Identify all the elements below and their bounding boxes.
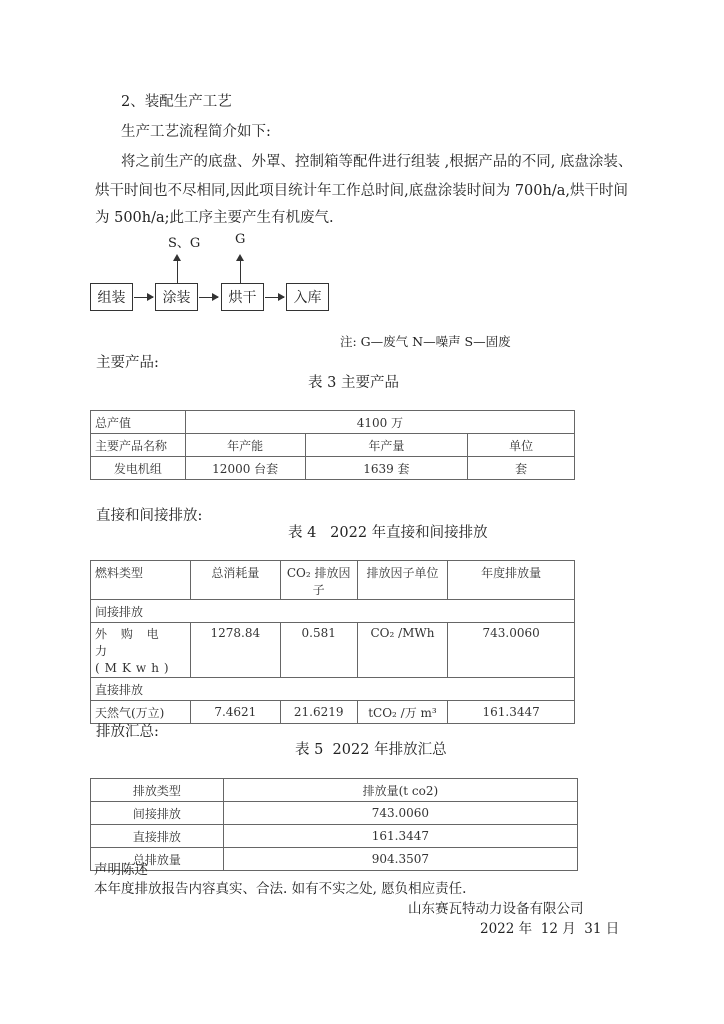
cell-emission-type: 直接排放 [91, 825, 224, 848]
cell-factor: 21.6219 [280, 701, 357, 724]
header-emission-amount: 排放量(t co2) [223, 779, 577, 802]
cell-emission-amount: 161.3447 [223, 825, 577, 848]
table-row: 直接排放 [91, 678, 575, 701]
products-table: 总产值 4100 万 主要产品名称 年产能 年产量 单位 发电机组 12000 … [90, 410, 575, 480]
header-fuel-type: 燃料类型 [91, 561, 191, 600]
cell-product-name: 发电机组 [91, 457, 186, 480]
table-header-row: 燃料类型 总消耗量 CO₂ 排放因子 排放因子单位 年度排放量 [91, 561, 575, 600]
table-row: 总产值 4100 万 [91, 411, 575, 434]
header-product-name: 主要产品名称 [91, 434, 186, 457]
table-row: 发电机组 12000 台套 1639 套 套 [91, 457, 575, 480]
flow-step-coating: 涂装 [155, 283, 198, 311]
header-unit: 单位 [468, 434, 575, 457]
flow-step-storage: 入库 [286, 283, 329, 311]
drying-output-label: G [235, 232, 245, 247]
total-output-value: 4100 万 [185, 411, 574, 434]
table-row: 间接排放 [91, 600, 575, 623]
emissions-table-caption: 表 4 2022 年直接和间接排放 [288, 523, 488, 543]
section-heading: 2、装配生产工艺 [121, 92, 232, 112]
flow-note: 注: G—废气 N—噪声 S—固废 [340, 332, 511, 350]
table-header-row: 排放类型 排放量(t co2) [91, 779, 578, 802]
direct-emissions-section: 直接排放 [91, 678, 575, 701]
cell-emission-type: 间接排放 [91, 802, 224, 825]
summary-table-caption: 表 5 2022 年排放汇总 [295, 740, 447, 760]
header-co2-factor: CO₂ 排放因子 [280, 561, 357, 600]
table-row: 天然气(万立) 7.4621 21.6219 tCO₂ /万 m³ 161.34… [91, 701, 575, 724]
cell-emission-amount: 743.0060 [223, 802, 577, 825]
header-total-consumption: 总消耗量 [190, 561, 280, 600]
cell-consumption: 1278.84 [190, 623, 280, 678]
process-paragraph-line2: 烘干时间也不尽相同,因此项目统计年工作总时间,底盘涂装时间为 700h/a,烘干… [95, 181, 628, 201]
summary-table: 排放类型 排放量(t co2) 间接排放 743.0060 直接排放 161.3… [90, 778, 578, 871]
coating-output-label: S、G [168, 232, 200, 251]
summary-label: 排放汇总: [96, 722, 159, 742]
emissions-table: 燃料类型 总消耗量 CO₂ 排放因子 排放因子单位 年度排放量 间接排放 外 购… [90, 560, 575, 724]
flow-step-assembly: 组装 [90, 283, 133, 311]
declaration-text: 本年度排放报告内容真实、合法. 如有不实之处, 愿负相应责任. [94, 877, 466, 897]
company-name: 山东赛瓦特动力设备有限公司 [408, 897, 584, 917]
flow-arrow-2 [199, 297, 218, 298]
cell-consumption: 7.4621 [190, 701, 280, 724]
coating-output-arrow [177, 256, 178, 283]
table-header-row: 主要产品名称 年产能 年产量 单位 [91, 434, 575, 457]
table-row: 总排放量 904.3507 [91, 848, 578, 871]
declaration-title: 声明陈述 [94, 858, 148, 878]
cell-fuel-type: 天然气(万立) [91, 701, 191, 724]
flow-arrow-1 [134, 297, 153, 298]
indirect-emissions-section: 间接排放 [91, 600, 575, 623]
cell-unit: 套 [468, 457, 575, 480]
cell-annual-output: 1639 套 [305, 457, 468, 480]
cell-factor: 0.581 [280, 623, 357, 678]
cell-fuel-type: 外 购 电 力 (MKwh) [91, 623, 191, 678]
emissions-label: 直接和间接排放: [96, 506, 202, 526]
header-annual-emissions: 年度排放量 [448, 561, 575, 600]
cell-factor-unit: CO₂ /MWh [357, 623, 448, 678]
header-emission-type: 排放类型 [91, 779, 224, 802]
process-intro: 生产工艺流程简介如下: [121, 122, 271, 142]
table-row: 直接排放 161.3447 [91, 825, 578, 848]
cell-emission-amount: 904.3507 [223, 848, 577, 871]
header-annual-capacity: 年产能 [185, 434, 305, 457]
cell-annual-emissions: 161.3447 [448, 701, 575, 724]
cell-annual-capacity: 12000 台套 [185, 457, 305, 480]
header-annual-output: 年产量 [305, 434, 468, 457]
table-row: 间接排放 743.0060 [91, 802, 578, 825]
products-table-caption: 表 3 主要产品 [308, 373, 399, 393]
cell-annual-emissions: 743.0060 [448, 623, 575, 678]
drying-output-arrow [240, 256, 241, 283]
total-output-label: 总产值 [91, 411, 186, 434]
cell-factor-unit: tCO₂ /万 m³ [357, 701, 448, 724]
declaration-date: 2022 年 12 月 31 日 [480, 917, 619, 937]
process-paragraph-line3: 为 500h/a;此工序主要产生有机废气. [95, 208, 334, 228]
table-row: 外 购 电 力 (MKwh) 1278.84 0.581 CO₂ /MWh 74… [91, 623, 575, 678]
header-factor-unit: 排放因子单位 [357, 561, 448, 600]
flow-step-drying: 烘干 [221, 283, 264, 311]
products-label: 主要产品: [96, 353, 159, 373]
flow-arrow-3 [265, 297, 284, 298]
process-paragraph-line1: 将之前生产的底盘、外罩、控制箱等配件进行组装 ,根据产品的不同, 底盘涂装、 [121, 152, 632, 172]
